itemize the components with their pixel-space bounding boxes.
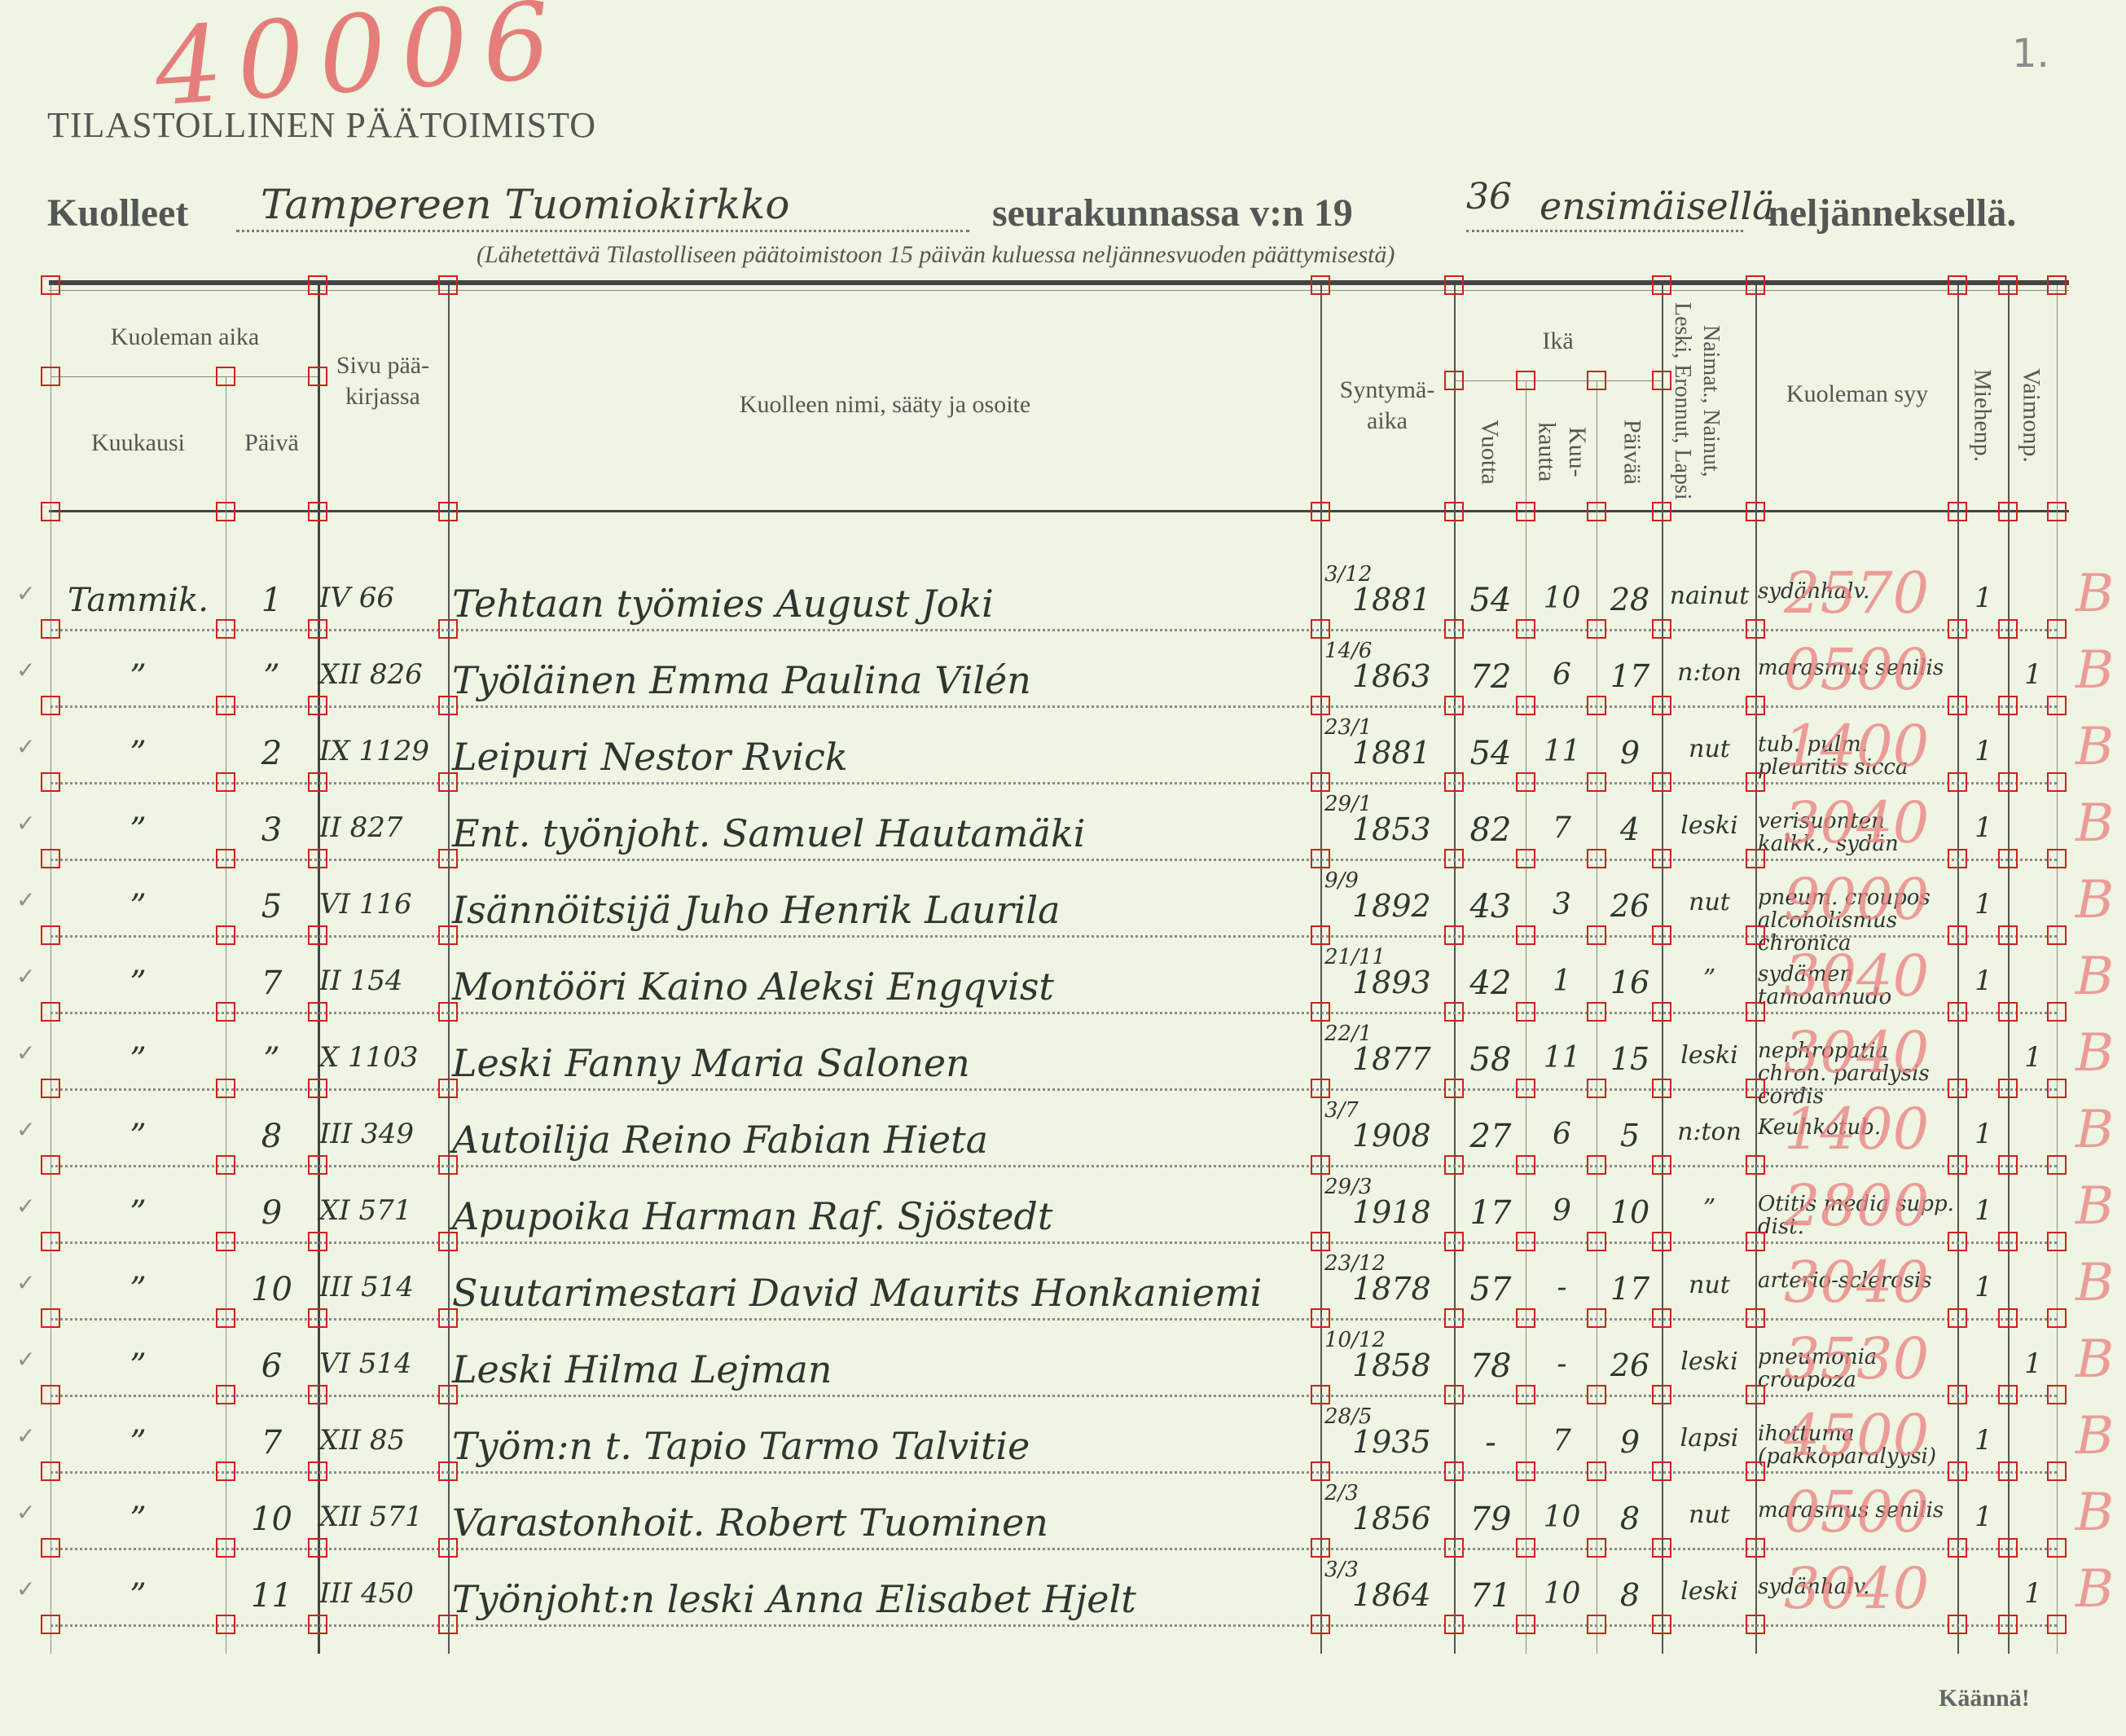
grid-marker xyxy=(1587,1538,1606,1558)
grid-marker xyxy=(438,1308,458,1328)
cell-years: 58 xyxy=(1456,1041,1526,1079)
grid-marker xyxy=(1652,1461,1671,1481)
cell-birth-year: 1878 xyxy=(1352,1271,1454,1307)
grid-marker xyxy=(41,1385,60,1404)
grid-marker xyxy=(1444,1155,1464,1175)
cell-days: 26 xyxy=(1598,888,1662,924)
grid-marker xyxy=(2047,619,2067,639)
cell-day: 10 xyxy=(226,1271,318,1308)
cell-years: 54 xyxy=(1456,582,1526,619)
cell-day: ” xyxy=(226,658,318,696)
cell-months: 6 xyxy=(1527,1118,1597,1151)
cell-name: Työm:n t. Tapio Tarmo Talvitie xyxy=(452,1424,1320,1468)
red-category-letter: B xyxy=(2075,1100,2114,1160)
grid-marker xyxy=(1948,275,1967,295)
grid-marker xyxy=(1998,1385,2018,1404)
grid-marker xyxy=(1444,1308,1464,1328)
cell-years: 72 xyxy=(1456,658,1526,696)
red-cause-code: 3530 xyxy=(1784,1325,1929,1392)
parish-handwritten: Tampereen Tuomiokirkko xyxy=(261,181,790,228)
red-cause-code: 0500 xyxy=(1784,636,1929,703)
cell-birth-year: 1853 xyxy=(1352,811,1454,847)
header-death-time: Kuoleman aika xyxy=(51,322,319,353)
grid-marker xyxy=(216,1461,235,1481)
header-month: Kuukausi xyxy=(51,428,226,459)
grid-marker xyxy=(1948,502,1967,521)
cell-birth-year: 1881 xyxy=(1352,582,1454,617)
header-age: Ikä xyxy=(1454,326,1662,357)
cell-page: III 349 xyxy=(319,1118,448,1150)
grid-marker xyxy=(1444,1615,1464,1634)
cell-name: Varastonhoit. Robert Tuominen xyxy=(452,1501,1320,1545)
grid-marker xyxy=(1948,772,1967,792)
cell-female: 1 xyxy=(2010,658,2057,691)
grid-marker xyxy=(1516,925,1535,945)
grid-marker xyxy=(1311,772,1330,792)
grid-marker xyxy=(308,849,327,868)
cell-month: ” xyxy=(51,811,226,849)
grid-marker xyxy=(1516,1615,1535,1634)
grid-marker xyxy=(1652,1079,1671,1098)
grid-marker xyxy=(1948,1385,1967,1404)
grid-marker xyxy=(41,1538,60,1558)
grid-marker xyxy=(1998,772,2018,792)
header-name: Kuolleen nimi, sääty ja osoite xyxy=(450,389,1320,420)
cell-name: Leipuri Nestor Rvick xyxy=(452,735,1320,779)
grid-marker xyxy=(1746,925,1765,945)
header-page: Sivu pää- kirjassa xyxy=(330,350,436,411)
red-cause-code: 3040 xyxy=(1784,943,1929,1009)
grid-marker xyxy=(2047,772,2067,792)
cell-months: 7 xyxy=(1527,1424,1597,1457)
header-cause: Kuoleman syy xyxy=(1759,379,1955,410)
grid-marker xyxy=(1746,1079,1765,1098)
grid-marker xyxy=(438,925,458,945)
grid-marker xyxy=(1516,772,1535,792)
cell-years: 43 xyxy=(1456,888,1526,925)
form-title-middle: seurakunnassa v:n 19 xyxy=(992,191,1353,235)
cell-page: XI 571 xyxy=(319,1194,448,1227)
grid-marker xyxy=(41,1002,60,1022)
grid-marker xyxy=(216,1232,235,1251)
grid-marker xyxy=(2047,275,2067,295)
cell-page: XII 826 xyxy=(319,658,448,691)
grid-marker xyxy=(1311,1385,1330,1404)
cell-male: 1 xyxy=(1959,1424,2008,1457)
office-name: TILASTOLLINEN PÄÄTOIMISTO xyxy=(47,104,596,146)
grid-marker xyxy=(2047,502,2067,521)
cell-month: Tammik. xyxy=(51,582,226,619)
grid-marker xyxy=(41,1615,60,1634)
check-mark-icon: ✓ xyxy=(16,1576,35,1602)
parish-field[interactable]: Tampereen Tuomiokirkko xyxy=(236,181,969,232)
grid-marker xyxy=(1311,925,1330,945)
cell-day: 6 xyxy=(226,1347,318,1385)
grid-marker xyxy=(1444,502,1464,521)
grid-marker xyxy=(41,619,60,639)
grid-marker xyxy=(1652,1002,1671,1022)
grid-marker xyxy=(1311,1232,1330,1251)
grid-marker xyxy=(438,619,458,639)
grid-marker xyxy=(438,1079,458,1098)
grid-marker xyxy=(1746,502,1765,521)
grid-marker xyxy=(1948,619,1967,639)
cell-day: 7 xyxy=(226,1424,318,1461)
grid-marker xyxy=(1516,619,1535,639)
grid-marker xyxy=(1444,1002,1464,1022)
grid-marker xyxy=(1998,1615,2018,1634)
grid-marker xyxy=(1516,696,1535,715)
grid-marker xyxy=(1948,696,1967,715)
cell-days: 8 xyxy=(1598,1577,1662,1613)
cell-name: Tehtaan työmies August Joki xyxy=(452,582,1320,626)
cell-months: 9 xyxy=(1527,1194,1597,1228)
red-category-letter: B xyxy=(2075,1329,2114,1390)
grid-marker xyxy=(1311,696,1330,715)
check-mark-icon: ✓ xyxy=(16,963,35,990)
red-cause-code: 3040 xyxy=(1784,1249,1929,1316)
cell-birth-year: 1864 xyxy=(1352,1577,1454,1613)
cell-months: 11 xyxy=(1527,1041,1597,1075)
grid-marker xyxy=(1311,1308,1330,1328)
check-mark-icon: ✓ xyxy=(16,1346,35,1373)
grid-marker xyxy=(1587,1308,1606,1328)
grid-marker xyxy=(308,772,327,792)
grid-marker xyxy=(2047,925,2067,945)
grid-marker xyxy=(216,1155,235,1175)
grid-marker xyxy=(1948,1308,1967,1328)
check-mark-icon: ✓ xyxy=(16,733,35,760)
grid-marker xyxy=(1652,1232,1671,1251)
grid-marker xyxy=(2047,1308,2067,1328)
grid-marker xyxy=(216,772,235,792)
cell-birth-year: 1863 xyxy=(1352,658,1454,694)
cell-days: 28 xyxy=(1598,582,1662,617)
cell-month: ” xyxy=(51,1118,226,1155)
header-birth: Syntymä- aika xyxy=(1322,375,1452,436)
page-number: 1. xyxy=(2012,31,2049,77)
form-title-prefix: Kuolleet xyxy=(47,191,188,235)
cell-month: ” xyxy=(51,1424,226,1461)
grid-marker xyxy=(1311,275,1330,295)
cell-day: 7 xyxy=(226,965,318,1002)
cell-birth-year: 1877 xyxy=(1352,1041,1454,1077)
grid-marker xyxy=(2047,1615,2067,1634)
red-category-letter: B xyxy=(2075,1483,2114,1543)
red-cause-code: 4500 xyxy=(1784,1402,1929,1469)
red-category-letter: B xyxy=(2075,717,2114,777)
col-line xyxy=(1320,285,1322,1654)
grid-marker xyxy=(1746,1538,1765,1558)
grid-marker xyxy=(41,1461,60,1481)
grid-marker xyxy=(41,1232,60,1251)
check-mark-icon: ✓ xyxy=(16,580,35,607)
col-line xyxy=(448,285,450,1654)
grid-marker xyxy=(1587,1615,1606,1634)
cell-months: 10 xyxy=(1527,1501,1597,1534)
cell-name: Suutarimestari David Maurits Honkaniemi xyxy=(452,1271,1320,1315)
grid-marker xyxy=(1948,1615,1967,1634)
grid-marker xyxy=(2047,1385,2067,1404)
cell-birth-year: 1892 xyxy=(1352,888,1454,924)
red-category-letter: B xyxy=(2075,870,2114,930)
cell-male: 1 xyxy=(1959,888,2008,921)
grid-marker xyxy=(308,502,327,521)
grid-marker xyxy=(1948,1155,1967,1175)
check-mark-icon: ✓ xyxy=(16,1193,35,1220)
grid-marker xyxy=(308,925,327,945)
grid-marker xyxy=(438,772,458,792)
cell-birth-year: 1893 xyxy=(1352,965,1454,1000)
grid-marker xyxy=(1652,1615,1671,1634)
cell-months: 3 xyxy=(1527,888,1597,921)
grid-marker xyxy=(438,1461,458,1481)
cell-months: 7 xyxy=(1527,811,1597,845)
cell-months: 10 xyxy=(1527,582,1597,615)
grid-marker xyxy=(438,275,458,295)
grid-marker xyxy=(1444,772,1464,792)
grid-marker xyxy=(1746,1308,1765,1328)
quarter-handwritten: ensimäisellä xyxy=(1540,184,1775,228)
cell-page: XII 571 xyxy=(319,1501,448,1533)
cell-marital: nut xyxy=(1663,1271,1755,1299)
grid-marker xyxy=(1998,1079,2018,1098)
cell-days: 10 xyxy=(1598,1194,1662,1230)
red-category-letter: B xyxy=(2075,1406,2114,1466)
grid-marker xyxy=(2047,1461,2067,1481)
grid-marker xyxy=(1746,1461,1765,1481)
cell-day: 5 xyxy=(226,888,318,925)
cell-female: 1 xyxy=(2010,1577,2057,1610)
cell-male: 1 xyxy=(1959,1118,2008,1150)
grid-marker xyxy=(1516,1232,1535,1251)
grid-marker xyxy=(438,1002,458,1022)
check-mark-icon: ✓ xyxy=(16,810,35,837)
cell-years: 78 xyxy=(1456,1347,1526,1385)
header-day: Päivä xyxy=(226,428,318,459)
grid-marker xyxy=(1516,371,1535,390)
check-mark-icon: ✓ xyxy=(16,1422,35,1449)
cell-page: X 1103 xyxy=(319,1041,448,1074)
header-male: Miehenp. xyxy=(1967,354,1998,477)
grid-marker xyxy=(1746,1232,1765,1251)
cell-years: 17 xyxy=(1456,1194,1526,1232)
cell-male: 1 xyxy=(1959,1194,2008,1227)
cell-days: 5 xyxy=(1598,1118,1662,1154)
grid-marker xyxy=(308,1079,327,1098)
cell-day: ” xyxy=(226,1041,318,1079)
red-category-letter: B xyxy=(2075,564,2114,624)
grid-marker xyxy=(1311,1155,1330,1175)
grid-marker xyxy=(1587,502,1606,521)
grid-marker xyxy=(1948,925,1967,945)
grid-marker xyxy=(1746,1155,1765,1175)
cell-years: - xyxy=(1456,1424,1526,1461)
check-mark-icon: ✓ xyxy=(16,1116,35,1143)
grid-marker xyxy=(1652,772,1671,792)
cell-page: IX 1129 xyxy=(319,735,448,767)
cell-month: ” xyxy=(51,735,226,772)
grid-marker xyxy=(1444,1385,1464,1404)
grid-marker xyxy=(1746,1615,1765,1634)
header-bottom-rule xyxy=(49,510,2069,512)
grid-marker xyxy=(308,1308,327,1328)
grid-marker xyxy=(1746,1002,1765,1022)
grid-marker xyxy=(1444,1538,1464,1558)
grid-marker xyxy=(438,1538,458,1558)
cell-month: ” xyxy=(51,1041,226,1079)
cell-marital: lapsi xyxy=(1663,1424,1755,1453)
cell-marital: n:ton xyxy=(1663,658,1755,687)
grid-marker xyxy=(41,367,60,386)
cell-day: 2 xyxy=(226,735,318,772)
grid-marker xyxy=(1998,925,2018,945)
grid-marker xyxy=(216,1385,235,1404)
grid-marker xyxy=(2047,1002,2067,1022)
grid-marker xyxy=(308,1461,327,1481)
grid-marker xyxy=(1587,1461,1606,1481)
red-cause-code: 0500 xyxy=(1784,1479,1929,1545)
grid-marker xyxy=(1652,371,1671,390)
death-time-subrule xyxy=(51,376,319,377)
cell-name: Autoilija Reino Fabian Hieta xyxy=(452,1118,1320,1162)
grid-marker xyxy=(2047,696,2067,715)
grid-marker xyxy=(216,367,235,386)
header-months: Kuu- kautta xyxy=(1531,407,1592,497)
cell-birth-year: 1918 xyxy=(1352,1194,1454,1230)
grid-marker xyxy=(216,1538,235,1558)
grid-marker xyxy=(1311,1002,1330,1022)
grid-marker xyxy=(438,1155,458,1175)
grid-marker xyxy=(1998,502,2018,521)
grid-marker xyxy=(1652,1155,1671,1175)
grid-marker xyxy=(308,1538,327,1558)
check-mark-icon: ✓ xyxy=(16,1039,35,1066)
cell-page: II 827 xyxy=(319,811,448,844)
grid-marker xyxy=(1311,1461,1330,1481)
cell-name: Leski Fanny Maria Salonen xyxy=(452,1041,1320,1085)
grid-marker xyxy=(308,275,327,295)
cell-page: XII 85 xyxy=(319,1424,448,1457)
cell-marital: n:ton xyxy=(1663,1118,1755,1146)
cell-years: 54 xyxy=(1456,735,1526,772)
cell-marital: nut xyxy=(1663,1501,1755,1529)
submission-instruction: (Lähetettävä Tilastolliseen päätoimistoo… xyxy=(477,241,1395,269)
grid-marker xyxy=(1746,696,1765,715)
grid-marker xyxy=(2047,1232,2067,1251)
cell-marital: nut xyxy=(1663,888,1755,916)
grid-marker xyxy=(1746,849,1765,868)
red-cause-code: 3040 xyxy=(1784,1555,1929,1622)
cell-marital: ” xyxy=(1663,965,1755,993)
grid-marker xyxy=(1587,772,1606,792)
cell-marital: nut xyxy=(1663,735,1755,763)
cell-months: 11 xyxy=(1527,735,1597,768)
cell-male: 1 xyxy=(1959,811,2008,844)
grid-marker xyxy=(1516,1538,1535,1558)
grid-marker xyxy=(1444,619,1464,639)
grid-marker xyxy=(308,619,327,639)
grid-marker xyxy=(1652,502,1671,521)
grid-marker xyxy=(1652,1308,1671,1328)
cell-name: Apupoika Harman Raf. Sjöstedt xyxy=(452,1194,1320,1238)
grid-marker xyxy=(2047,1538,2067,1558)
year-quarter-field[interactable]: 36 ensimäisellä xyxy=(1466,181,1743,232)
cell-female: 1 xyxy=(2010,1347,2057,1380)
grid-marker xyxy=(308,1232,327,1251)
grid-marker xyxy=(216,1308,235,1328)
cell-days: 26 xyxy=(1598,1347,1662,1383)
grid-marker xyxy=(41,925,60,945)
grid-marker xyxy=(1652,619,1671,639)
cell-month: ” xyxy=(51,888,226,925)
grid-marker xyxy=(1998,1155,2018,1175)
red-cause-code: 1400 xyxy=(1784,713,1929,780)
grid-marker xyxy=(438,1232,458,1251)
cell-months: - xyxy=(1527,1347,1597,1381)
cell-female: 1 xyxy=(2010,1041,2057,1074)
grid-marker xyxy=(1516,849,1535,868)
cell-days: 4 xyxy=(1598,811,1662,847)
header-female: Vaimonp. xyxy=(2016,354,2047,477)
cell-month: ” xyxy=(51,1501,226,1538)
header-days: Päivää xyxy=(1617,407,1648,497)
cell-month: ” xyxy=(51,965,226,1002)
grid-marker xyxy=(41,1308,60,1328)
cell-day: 1 xyxy=(226,582,318,619)
grid-marker xyxy=(1444,925,1464,945)
cell-days: 17 xyxy=(1598,1271,1662,1307)
cell-years: 27 xyxy=(1456,1118,1526,1155)
form-title-suffix: neljänneksellä. xyxy=(1768,191,2016,235)
table-top-rule-thin xyxy=(49,290,2069,291)
grid-marker xyxy=(2047,1155,2067,1175)
grid-marker xyxy=(1311,1079,1330,1098)
grid-marker xyxy=(1998,619,2018,639)
grid-marker xyxy=(1948,1002,1967,1022)
red-category-letter: B xyxy=(2075,793,2114,854)
red-cause-code: 3040 xyxy=(1784,789,1929,856)
grid-marker xyxy=(308,1002,327,1022)
grid-marker xyxy=(1444,696,1464,715)
grid-marker xyxy=(41,1079,60,1098)
grid-marker xyxy=(438,696,458,715)
cell-marital: ” xyxy=(1663,1194,1755,1223)
cell-name: Montööri Kaino Aleksi Engqvist xyxy=(452,965,1320,1009)
grid-marker xyxy=(1746,619,1765,639)
grid-marker xyxy=(1516,1002,1535,1022)
grid-marker xyxy=(41,1155,60,1175)
cell-marital: leski xyxy=(1663,811,1755,840)
red-cause-code: 1400 xyxy=(1784,1096,1929,1162)
grid-marker xyxy=(41,696,60,715)
grid-marker xyxy=(1516,1308,1535,1328)
grid-marker xyxy=(1652,849,1671,868)
grid-marker xyxy=(1948,1461,1967,1481)
grid-marker xyxy=(1587,696,1606,715)
grid-marker xyxy=(216,1615,235,1634)
grid-marker xyxy=(308,367,327,386)
grid-marker xyxy=(1998,1308,2018,1328)
grid-marker xyxy=(308,696,327,715)
grid-marker xyxy=(41,275,60,295)
grid-marker xyxy=(1516,1079,1535,1098)
grid-marker xyxy=(1587,849,1606,868)
cell-days: 16 xyxy=(1598,965,1662,1000)
grid-marker xyxy=(1444,1461,1464,1481)
grid-marker xyxy=(1444,1079,1464,1098)
grid-marker xyxy=(1998,275,2018,295)
